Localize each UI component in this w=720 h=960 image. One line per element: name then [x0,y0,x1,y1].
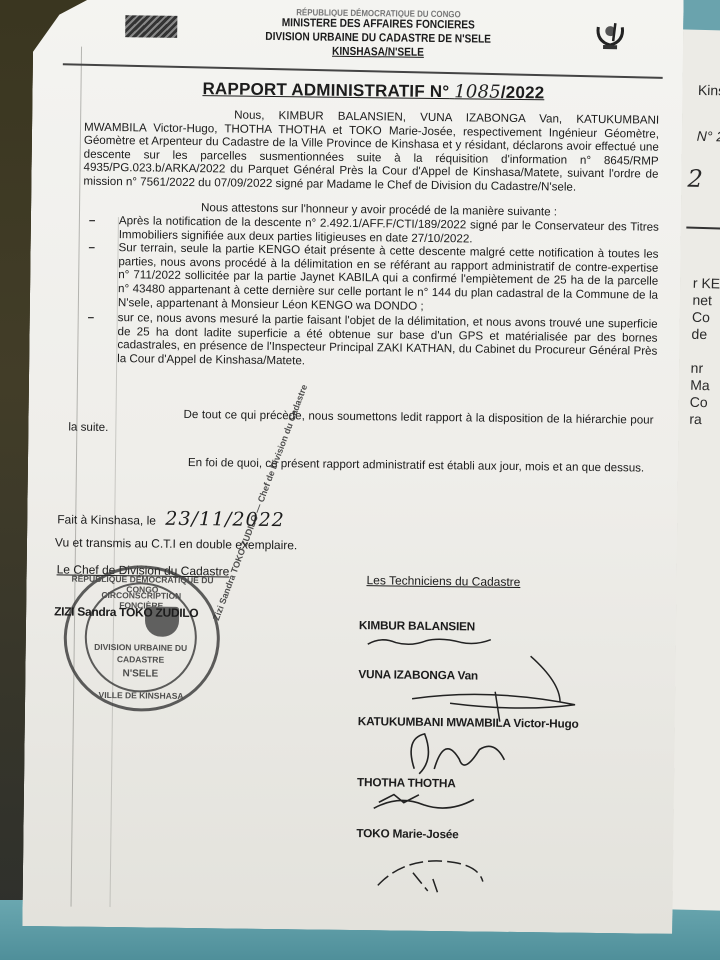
coat-of-arms-icon [593,21,627,51]
report-page: RÉPUBLIQUE DÉMOCRATIQUE DU CONGO MINISTE… [22,0,683,934]
location: KINSHASA/N'SELE [206,43,549,61]
signature [373,850,504,902]
title-year: /2022 [501,83,545,103]
chief-name: ZIZI Sandra TOKO ZUDILO [54,604,198,620]
place-date-label: Fait à Kinshasa, le [57,512,156,527]
technician-name: KATUKUMBANI MWAMBILA Victor-Hugo [358,714,579,731]
report-title: RAPPORT ADMINISTRATIF N° 1085/2022 [202,78,544,103]
closing-paragraph: En foi de quoi, ce présent rapport admin… [58,454,653,475]
signature [369,788,479,819]
background-fragment: Ma [690,377,710,394]
background-fragment: Co [692,309,710,325]
background-fragment: de [691,326,707,342]
letterhead: RÉPUBLIQUE DÉMOCRATIQUE DU CONGO MINISTE… [206,6,550,61]
stamp-center-line: DIVISION URBAINE DU [87,642,195,653]
stamp-center-line: N'SELE [86,668,194,680]
stamp-center-line: CADASTRE [86,654,194,665]
title-prefix: RAPPORT ADMINISTRATIF N° [202,79,449,101]
flag-emblem-icon [125,15,177,38]
intro-paragraph: Nous, KIMBUR BALANSIEN, VUNA IZABONGA Va… [83,107,659,196]
background-fragment: net [692,292,712,309]
technicians-label: Les Techniciens du Cadastre [366,573,520,589]
handwritten-report-number: 1085 [454,81,501,103]
background-fragment: ra [689,411,702,427]
list-item: –Sur terrain, seule la partie KENGO étai… [88,241,659,316]
technician-name: KIMBUR BALANSIEN [359,618,475,633]
technician-name: TOKO Marie-Josée [356,826,458,841]
background-fragment: Co [690,394,708,410]
background-fragment: Kins [698,82,720,99]
official-stamp: RÉPUBLIQUE DÉMOCRATIQUE DU CONGO CIRCONS… [63,564,221,712]
header-divider [63,63,663,79]
background-fragment: r KE [693,275,720,292]
list-item: –sur ce, nous avons mesuré la partie fai… [87,311,658,372]
stamp-bottom-text: VILLE DE KINSHASA [66,690,216,702]
procedure-list: –Après la notification de la descente n°… [87,214,659,372]
background-fragment: N° 2. [697,128,720,145]
transmission-note: Vu et transmis au C.T.I en double exempl… [55,535,297,552]
handwritten-date: 23/11/2022 [165,508,285,531]
background-fragment: nr [690,360,703,376]
signature [404,729,515,780]
signature [410,651,581,723]
submission-paragraph: De tout ce qui précède, nous soumettons … [68,407,653,441]
